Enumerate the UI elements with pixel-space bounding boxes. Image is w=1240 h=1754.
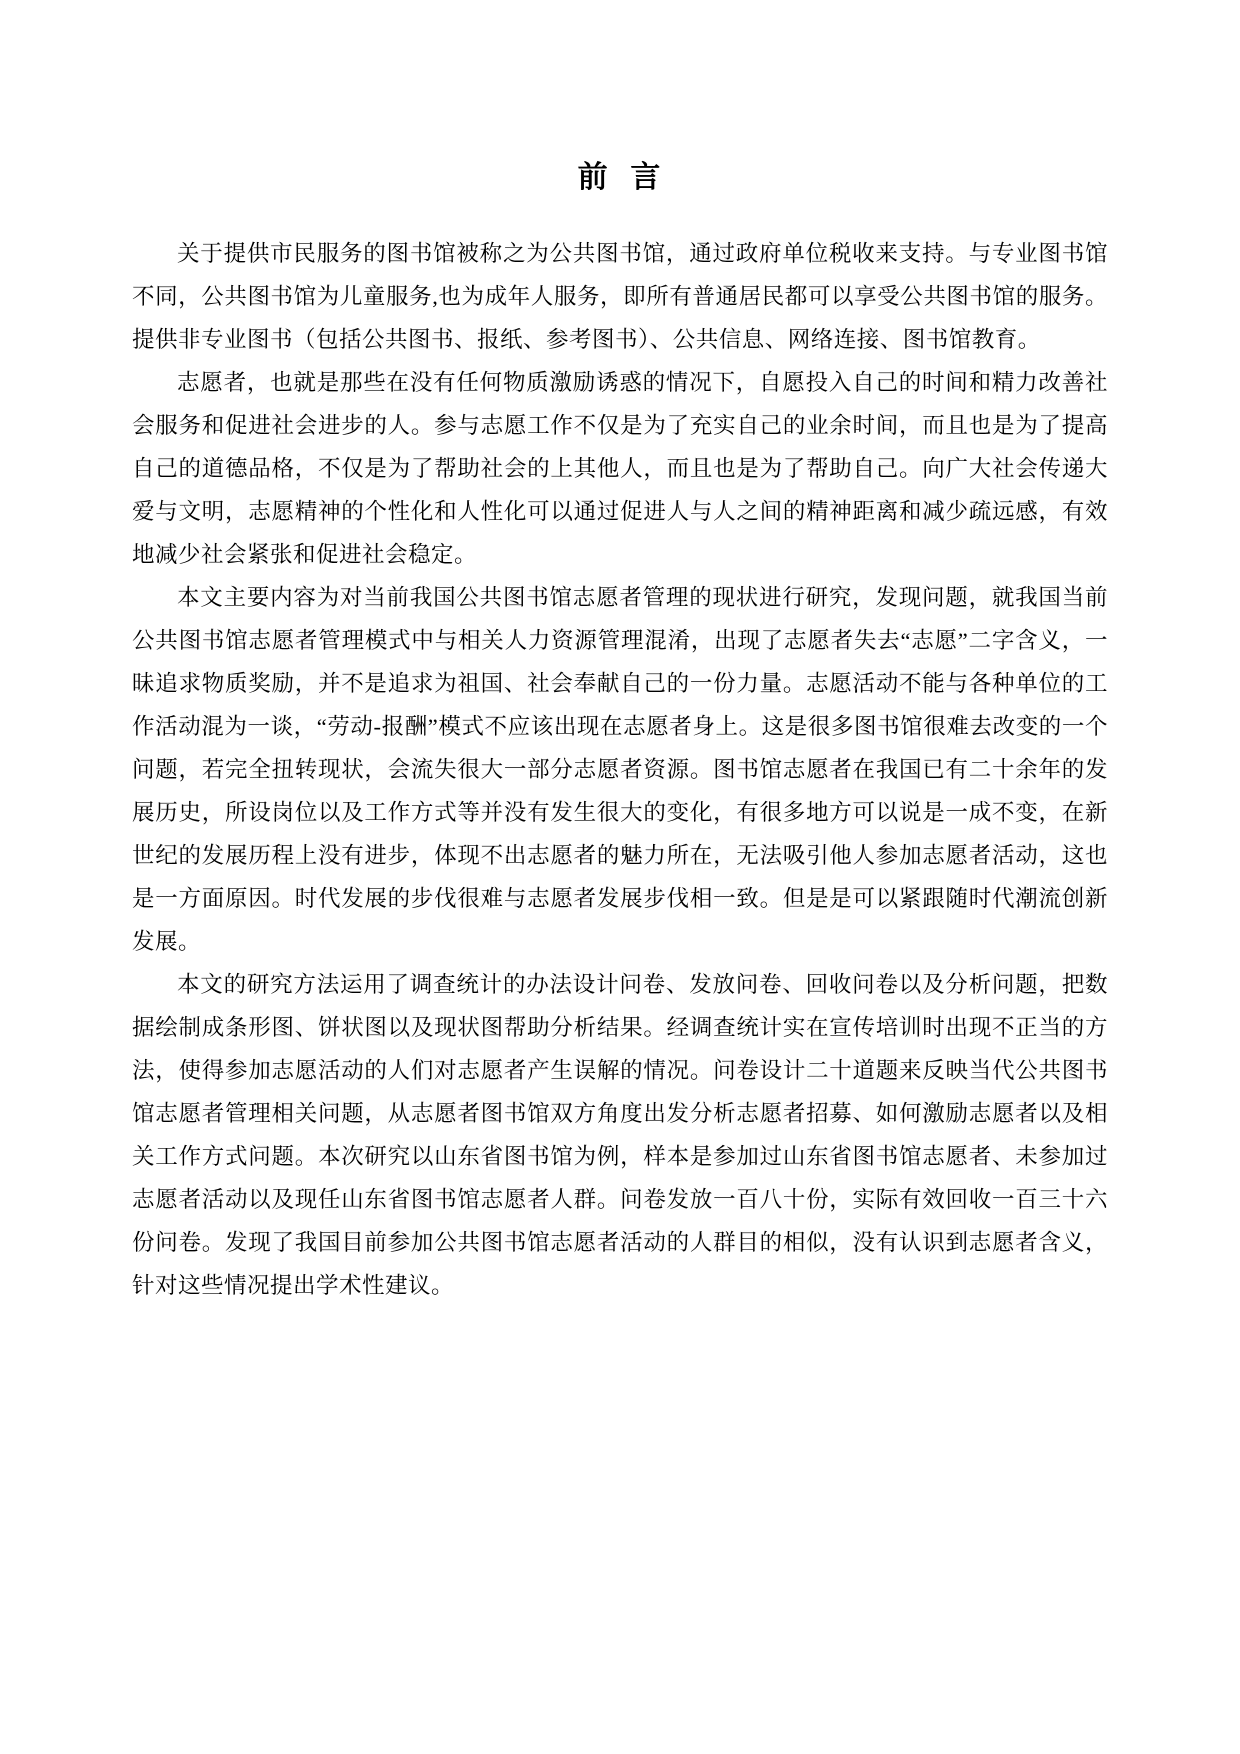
- paragraph-3: 本文主要内容为对当前我国公共图书馆志愿者管理的现状进行研究，发现问题，就我国当前…: [132, 576, 1108, 963]
- paragraph-2: 志愿者，也就是那些在没有任何物质激励诱惑的情况下，自愿投入自己的时间和精力改善社…: [132, 361, 1108, 576]
- document-page: 前 言 关于提供市民服务的图书馆被称之为公共图书馆，通过政府单位税收来支持。与专…: [0, 0, 1240, 1754]
- page-title: 前 言: [132, 160, 1108, 196]
- document-body: 关于提供市民服务的图书馆被称之为公共图书馆，通过政府单位税收来支持。与专业图书馆…: [132, 232, 1108, 1307]
- paragraph-1: 关于提供市民服务的图书馆被称之为公共图书馆，通过政府单位税收来支持。与专业图书馆…: [132, 232, 1108, 361]
- paragraph-4: 本文的研究方法运用了调查统计的办法设计问卷、发放问卷、回收问卷以及分析问题，把数…: [132, 963, 1108, 1307]
